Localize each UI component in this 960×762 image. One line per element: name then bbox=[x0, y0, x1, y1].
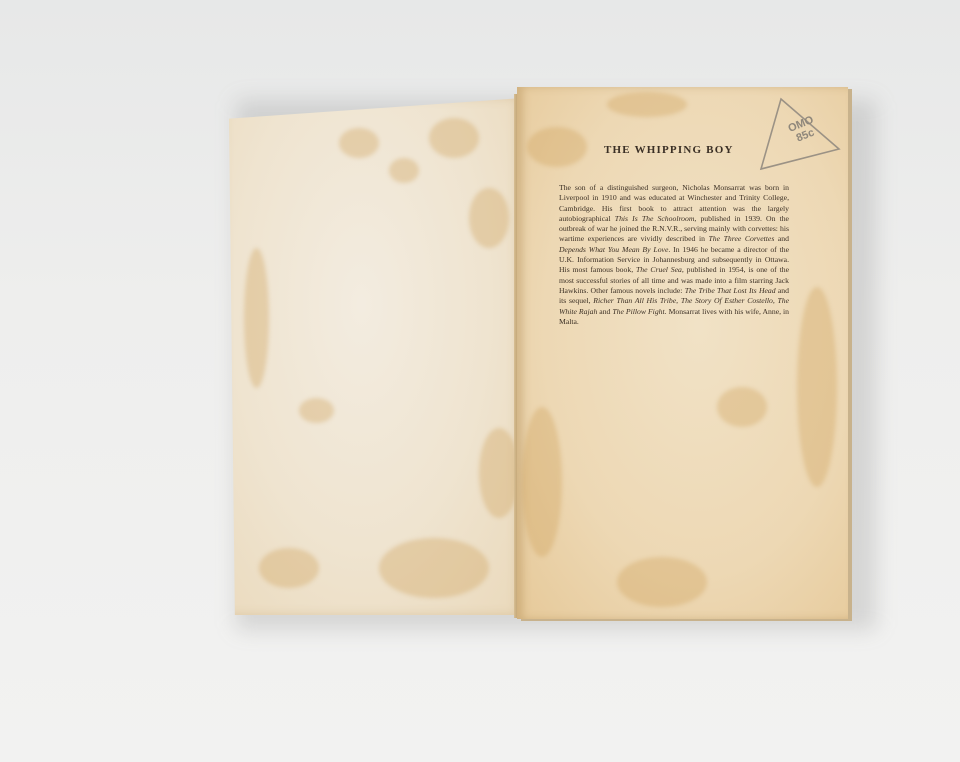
foxing-stain bbox=[607, 92, 687, 117]
foxing-stain bbox=[617, 557, 707, 607]
bio-text: and bbox=[774, 234, 789, 243]
book-title-reference: The Story Of Esther Costello bbox=[681, 296, 773, 305]
foxing-stain bbox=[479, 428, 519, 518]
foxing-stain bbox=[522, 407, 562, 557]
foxing-stain bbox=[429, 118, 479, 158]
foxing-stain bbox=[379, 538, 489, 598]
foxing-stain bbox=[527, 127, 587, 167]
foxing-stain bbox=[389, 158, 419, 183]
foxing-stain bbox=[717, 387, 767, 427]
left-page bbox=[229, 98, 523, 615]
book-title-reference: The Pillow Fight bbox=[612, 307, 664, 316]
book-title-reference: The Tribe That Lost Its Head bbox=[685, 286, 776, 295]
foxing-stain bbox=[469, 188, 509, 248]
bio-text: and bbox=[597, 307, 612, 316]
book-title: THE WHIPPING BOY bbox=[604, 144, 734, 156]
book-title-reference: Richer Than All His Tribe bbox=[593, 296, 676, 305]
foxing-stain bbox=[244, 248, 269, 388]
author-biography: The son of a distinguished surgeon, Nich… bbox=[559, 183, 789, 327]
foxing-stain bbox=[299, 398, 334, 423]
book-title-reference: The Cruel Sea bbox=[636, 265, 682, 274]
book-title-reference: The Three Corvettes bbox=[709, 234, 775, 243]
book-title-reference: Depends What You Mean By Love bbox=[559, 245, 668, 254]
foxing-stain bbox=[797, 287, 837, 487]
foxing-stain bbox=[259, 548, 319, 588]
book-title-reference: This Is The Schoolroom bbox=[615, 214, 695, 223]
foxing-stain bbox=[339, 128, 379, 158]
